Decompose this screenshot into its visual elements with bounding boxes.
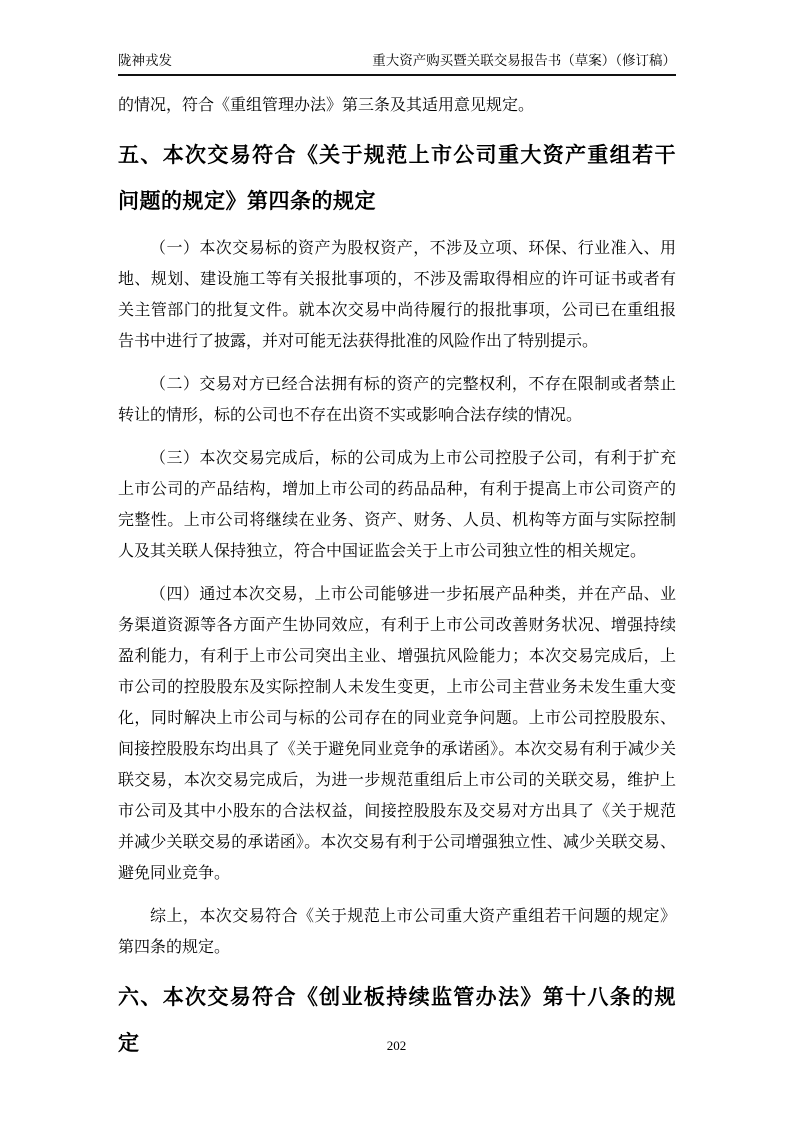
section5-paragraph-1: （一）本次交易标的资产为股权资产，不涉及立项、环保、行业准入、用地、规划、建设施… (118, 233, 676, 357)
section5-paragraph-3: （三）本次交易完成后，标的公司成为上市公司控股子公司，有利于扩充上市公司的产品结… (118, 443, 676, 567)
section5-summary-paragraph: 综上，本次交易符合《关于规范上市公司重大资产重组若干问题的规定》第四条的规定。 (118, 901, 676, 963)
section5-paragraph-4: （四）通过本次交易，上市公司能够进一步拓展产品种类，并在产品、业务渠道资源等各方… (118, 579, 676, 889)
document-page: 陇神戎发 重大资产购买暨关联交易报告书（草案）（修订稿） 的情况，符合《重组管理… (0, 0, 793, 1122)
document-header: 陇神戎发 重大资产购买暨关联交易报告书（草案）（修订稿） (118, 52, 676, 76)
continuation-paragraph: 的情况，符合《重组管理办法》第三条及其适用意见规定。 (118, 90, 676, 121)
header-company-name: 陇神戎发 (118, 52, 172, 69)
section5-heading: 五、本次交易符合《关于规范上市公司重大资产重组若干问题的规定》第四条的规定 (118, 133, 676, 225)
section5-paragraph-2: （二）交易对方已经合法拥有标的资产的完整权利，不存在限制或者禁止转让的情形，标的… (118, 369, 676, 431)
page-number: 202 (0, 1038, 793, 1054)
header-report-title: 重大资产购买暨关联交易报告书（草案）（修订稿） (372, 52, 676, 69)
